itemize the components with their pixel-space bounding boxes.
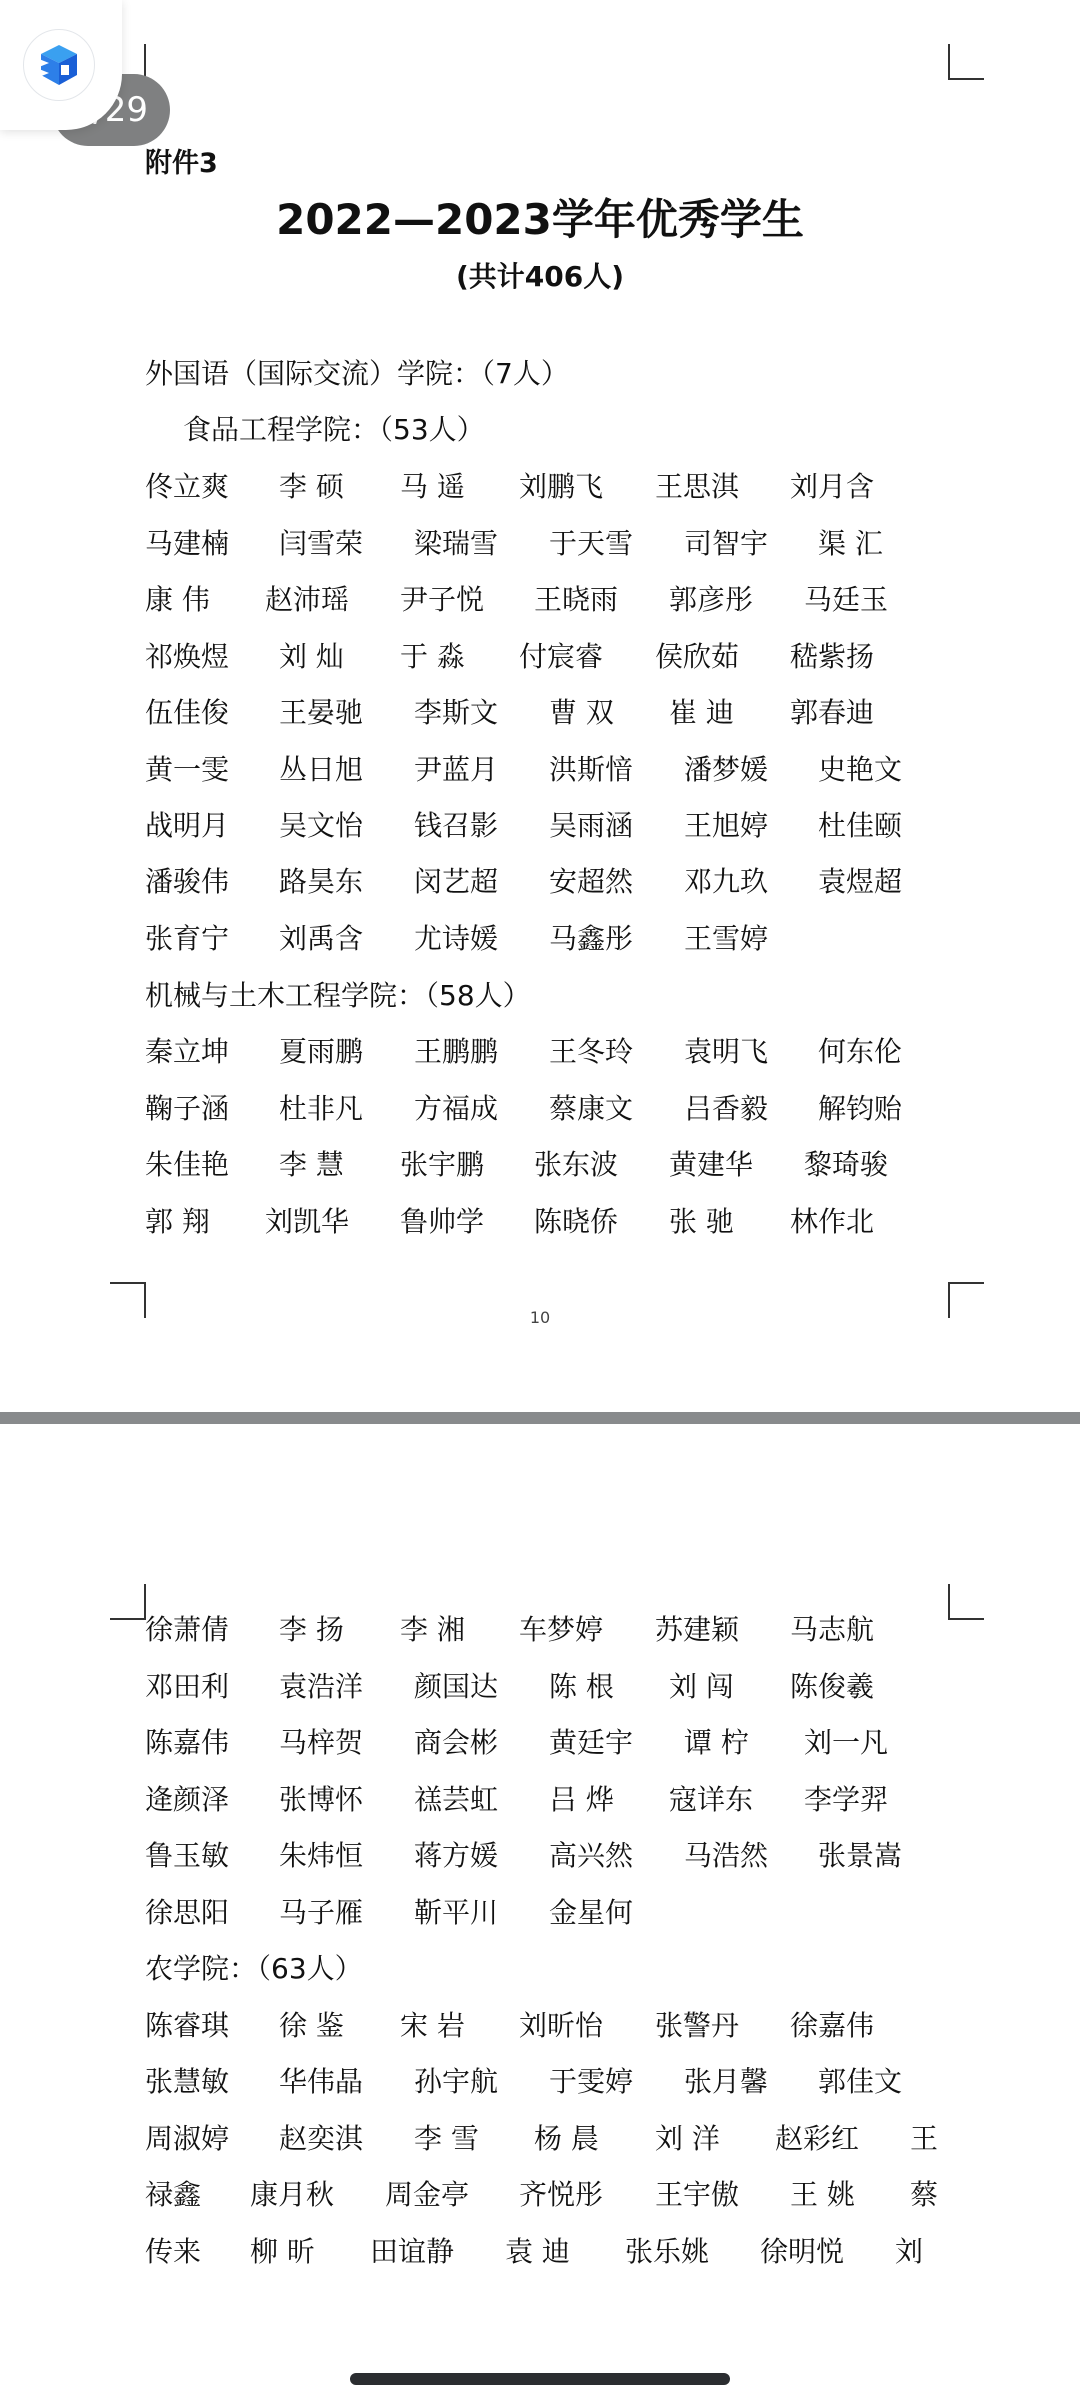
page-divider — [0, 1412, 1080, 1424]
student-name: 马廷玉 — [804, 586, 888, 614]
student-name: 徐明悦 — [760, 2238, 844, 2266]
student-name: 吕 烨 — [549, 1786, 614, 1814]
student-name: 袁 迪 — [505, 2238, 570, 2266]
student-name: 张乐姚 — [625, 2238, 709, 2266]
student-name: 苏建颖 — [655, 1616, 739, 1644]
crop-mark-top-right — [948, 44, 984, 80]
student-name: 康 伟 — [145, 586, 210, 614]
student-name: 谭 柠 — [684, 1729, 749, 1757]
student-name: 安超然 — [549, 868, 633, 896]
student-name: 蔡康文 — [549, 1095, 633, 1123]
student-name: 邓九玖 — [684, 868, 768, 896]
college-heading: 食品工程学院：（53人） — [183, 416, 485, 444]
student-name: 马建楠 — [145, 530, 229, 558]
crop-mark-top-right — [948, 1584, 984, 1620]
student-name: 崔 迪 — [669, 699, 734, 727]
student-name: 吴文怡 — [279, 812, 363, 840]
student-name: 秦立坤 — [145, 1038, 229, 1066]
student-name: 鞠子涵 — [145, 1095, 229, 1123]
student-name: 靳平川 — [414, 1899, 498, 1927]
student-name: 刘昕怡 — [519, 2012, 603, 2040]
student-name: 邓田利 — [145, 1673, 229, 1701]
student-name: 李 雪 — [414, 2125, 479, 2153]
student-name: 王冬玲 — [549, 1038, 633, 1066]
document-subtitle: (共计406人) — [0, 263, 1080, 291]
student-name: 张宇鹏 — [400, 1151, 484, 1179]
student-name: 路昊东 — [279, 868, 363, 896]
student-name: 杨 晨 — [534, 2125, 599, 2153]
student-name: 郭佳文 — [818, 2068, 902, 2096]
student-name: 丛日旭 — [279, 756, 363, 784]
college-heading: 农学院：（63人） — [145, 1955, 363, 1983]
student-name: 李学羿 — [804, 1786, 888, 1814]
student-name: 嵇紫扬 — [790, 643, 874, 671]
student-name: 佟立爽 — [145, 473, 229, 501]
student-name: 吴雨涵 — [549, 812, 633, 840]
student-name: 方福成 — [414, 1095, 498, 1123]
student-name: 王雪婷 — [684, 925, 768, 953]
student-name: 王 — [910, 2125, 938, 2153]
student-name: 梁瑞雪 — [414, 530, 498, 558]
student-name: 陈睿琪 — [145, 2012, 229, 2040]
student-name: 刘 — [895, 2238, 923, 2266]
student-name: 陈俊羲 — [790, 1673, 874, 1701]
student-name: 郭彦彤 — [669, 586, 753, 614]
student-name: 金星何 — [549, 1899, 633, 1927]
student-name: 张育宁 — [145, 925, 229, 953]
student-name: 王旭婷 — [684, 812, 768, 840]
student-name: 洪斯愔 — [549, 756, 633, 784]
student-name: 徐思阳 — [145, 1899, 229, 1927]
student-name: 朱炜恒 — [279, 1842, 363, 1870]
student-name: 康月秋 — [250, 2181, 334, 2209]
student-name: 马浩然 — [684, 1842, 768, 1870]
student-name: 朱佳艳 — [145, 1151, 229, 1179]
student-name: 杜佳颐 — [818, 812, 902, 840]
student-name: 战明月 — [145, 812, 229, 840]
student-name: 周淑婷 — [145, 2125, 229, 2153]
student-name: 陈嘉伟 — [145, 1729, 229, 1757]
student-name: 张月馨 — [684, 2068, 768, 2096]
student-name: 史艳文 — [818, 756, 902, 784]
student-name: 禄鑫 — [145, 2181, 201, 2209]
student-name: 马梓贺 — [279, 1729, 363, 1757]
student-name: 李 慧 — [279, 1151, 344, 1179]
student-name: 鲁帅学 — [400, 1208, 484, 1236]
student-name: 齐悦彤 — [519, 2181, 603, 2209]
student-name: 李 湘 — [400, 1616, 465, 1644]
student-name: 张景嵩 — [818, 1842, 902, 1870]
student-name: 赵彩红 — [775, 2125, 859, 2153]
student-name: 李 扬 — [279, 1616, 344, 1644]
student-name: 寇详东 — [669, 1786, 753, 1814]
student-name: 解钧贻 — [818, 1095, 902, 1123]
annex-label: 附件3 — [145, 150, 218, 177]
student-name: 王 姚 — [790, 2181, 855, 2209]
student-name: 陈 根 — [549, 1673, 614, 1701]
document-app-icon — [23, 29, 95, 101]
student-name: 侯欣茹 — [655, 643, 739, 671]
student-name: 李斯文 — [414, 699, 498, 727]
student-name: 张警丹 — [655, 2012, 739, 2040]
student-name: 郭春迪 — [790, 699, 874, 727]
student-name: 杜非凡 — [279, 1095, 363, 1123]
student-name: 林作北 — [790, 1208, 874, 1236]
student-name: 闫雪荣 — [279, 530, 363, 558]
student-name: 祁焕煜 — [145, 643, 229, 671]
student-name: 郭 翔 — [145, 1208, 210, 1236]
student-name: 黎琦骏 — [804, 1151, 888, 1179]
student-name: 王宇傲 — [655, 2181, 739, 2209]
student-name: 刘凯华 — [265, 1208, 349, 1236]
student-name: 黄建华 — [669, 1151, 753, 1179]
student-name: 王晓雨 — [534, 586, 618, 614]
student-name: 闵艺超 — [414, 868, 498, 896]
student-name: 张 驰 — [669, 1208, 734, 1236]
student-name: 黄廷宇 — [549, 1729, 633, 1757]
student-name: 刘 灿 — [279, 643, 344, 671]
student-name: 李 硕 — [279, 473, 344, 501]
student-name: 徐 鉴 — [279, 2012, 344, 2040]
student-name: 车梦婷 — [519, 1616, 603, 1644]
student-name: 张博怀 — [279, 1786, 363, 1814]
student-name: 王思淇 — [655, 473, 739, 501]
student-name: 陈晓侨 — [534, 1208, 618, 1236]
student-name: 赵沛瑶 — [265, 586, 349, 614]
student-name: 逄颜泽 — [145, 1786, 229, 1814]
student-name: 渠 汇 — [818, 530, 883, 558]
student-name: 司智宇 — [684, 530, 768, 558]
student-name: 鲁玉敏 — [145, 1842, 229, 1870]
student-name: 尹子悦 — [400, 586, 484, 614]
page-number: 10 — [0, 1310, 1080, 1326]
student-name: 徐萧倩 — [145, 1616, 229, 1644]
student-name: 吕香毅 — [684, 1095, 768, 1123]
document-page-10: 附件3 2022—2023学年优秀学生 (共计406人) 外国语（国际交流）学院… — [0, 0, 1080, 1412]
student-name: 伍佳俊 — [145, 699, 229, 727]
college-heading: 机械与土木工程学院：（58人） — [145, 982, 531, 1010]
student-name: 曹 双 — [549, 699, 614, 727]
student-name: 袁煜超 — [818, 868, 902, 896]
student-name: 赵奕淇 — [279, 2125, 363, 2153]
student-name: 刘禹含 — [279, 925, 363, 953]
student-name: 颜国达 — [414, 1673, 498, 1701]
student-name: 王晏驰 — [279, 699, 363, 727]
student-name: 马志航 — [790, 1616, 874, 1644]
college-heading: 外国语（国际交流）学院：（7人） — [145, 360, 569, 388]
student-name: 刘月含 — [790, 473, 874, 501]
student-name: 袁明飞 — [684, 1038, 768, 1066]
student-name: 潘梦媛 — [684, 756, 768, 784]
student-name: 宋 岩 — [400, 2012, 465, 2040]
student-name: 尹蓝月 — [414, 756, 498, 784]
student-name: 刘鹏飞 — [519, 473, 603, 501]
student-name: 尤诗媛 — [414, 925, 498, 953]
student-name: 于天雪 — [549, 530, 633, 558]
student-name: 柳 昕 — [250, 2238, 315, 2266]
student-name: 刘一凡 — [804, 1729, 888, 1757]
student-name: 于 淼 — [400, 643, 465, 671]
student-name: 华伟晶 — [279, 2068, 363, 2096]
student-name: 商会彬 — [414, 1729, 498, 1757]
student-name: 刘 洋 — [655, 2125, 720, 2153]
student-name: 钱召影 — [414, 812, 498, 840]
student-name: 王鹏鹏 — [414, 1038, 498, 1066]
student-name: 蒋方媛 — [414, 1842, 498, 1870]
student-name: 张东波 — [534, 1151, 618, 1179]
student-name: 刘 闯 — [669, 1673, 734, 1701]
crop-mark-top-left — [110, 1584, 146, 1620]
student-name: 潘骏伟 — [145, 868, 229, 896]
student-name: 袁浩洋 — [279, 1673, 363, 1701]
student-name: 高兴然 — [549, 1842, 633, 1870]
student-name: 于雯婷 — [549, 2068, 633, 2096]
student-name: 孙宇航 — [414, 2068, 498, 2096]
student-name: 田谊静 — [370, 2238, 454, 2266]
home-indicator-bar[interactable] — [350, 2373, 730, 2385]
student-name: 张慧敏 — [145, 2068, 229, 2096]
student-name: 周金亭 — [385, 2181, 469, 2209]
student-name: 蔡 — [910, 2181, 938, 2209]
student-name: 传来 — [145, 2238, 201, 2266]
student-name: 黄一雯 — [145, 756, 229, 784]
student-name: 禚芸虹 — [414, 1786, 498, 1814]
student-name: 何东伦 — [818, 1038, 902, 1066]
student-name: 付宸睿 — [519, 643, 603, 671]
student-name: 马鑫彤 — [549, 925, 633, 953]
document-title: 2022—2023学年优秀学生 — [0, 199, 1080, 241]
student-name: 夏雨鹏 — [279, 1038, 363, 1066]
student-name: 徐嘉伟 — [790, 2012, 874, 2040]
student-name: 马 遥 — [400, 473, 465, 501]
floating-app-button[interactable] — [0, 0, 122, 130]
student-name: 马子雁 — [279, 1899, 363, 1927]
